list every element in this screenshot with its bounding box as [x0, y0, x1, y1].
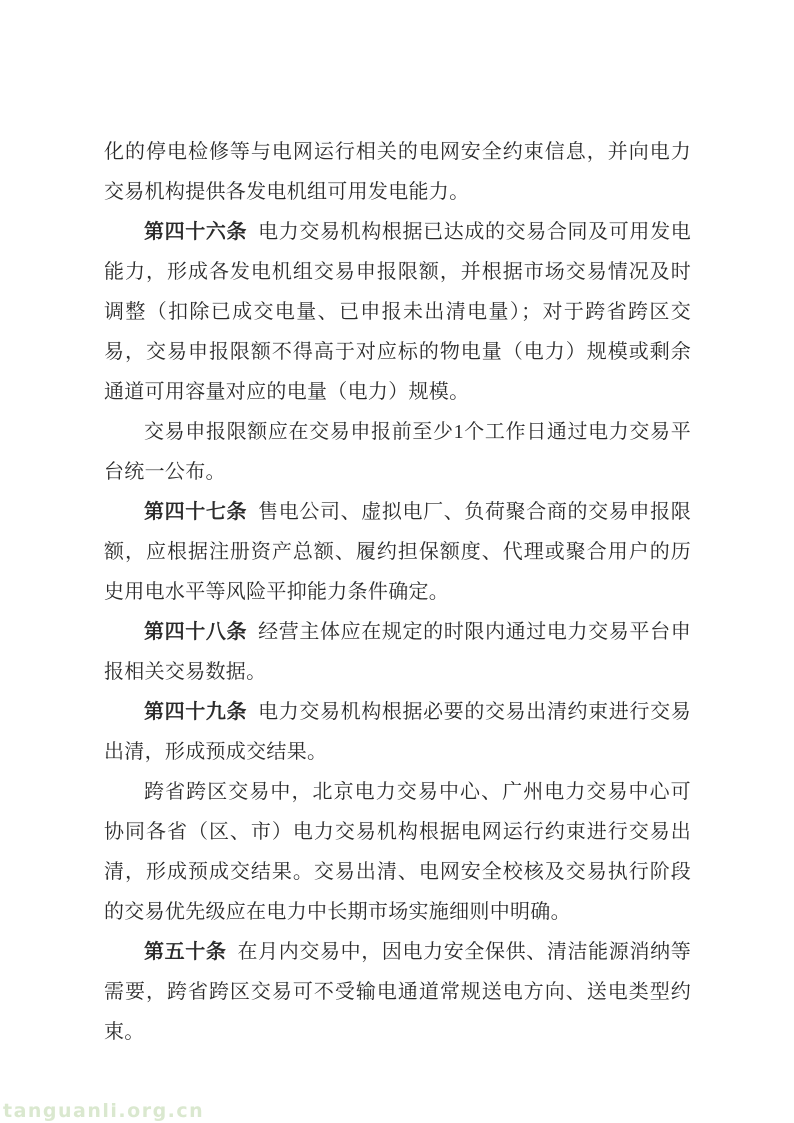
paragraph-article-47: 第四十七条售电公司、虚拟电厂、负荷聚合商的交易申报限额，应根据注册资产总额、履约… [104, 492, 691, 612]
article-number: 第四十八条 [144, 621, 247, 643]
paragraph-text: 跨省跨区交易中，北京电力交易中心、广州电力交易中心可协同各省（区、市）电力交易机… [104, 781, 691, 923]
paragraph-text: 电力交易机构根据已达成的交易合同及可用发电能力，形成各发电机组交易申报限额，并根… [104, 221, 691, 403]
paragraph-article-49: 第四十九条电力交易机构根据必要的交易出清约束进行交易出清，形成预成交结果。 [104, 692, 691, 772]
article-number: 第四十六条 [144, 221, 247, 243]
paragraph-continuation: 化的停电检修等与电网运行相关的电网安全约束信息，并向电力交易机构提供各发电机组可… [104, 132, 691, 212]
document-page: 化的停电检修等与电网运行相关的电网安全约束信息，并向电力交易机构提供各发电机组可… [0, 0, 794, 1123]
article-number: 第四十九条 [144, 701, 247, 723]
paragraph-article-48: 第四十八条经营主体应在规定的时限内通过电力交易平台申报相关交易数据。 [104, 612, 691, 692]
paragraph-article-50: 第五十条在月内交易中，因电力安全保供、清洁能源消纳等需要，跨省跨区交易可不受输电… [104, 932, 691, 1052]
paragraph: 交易申报限额应在交易申报前至少1个工作日通过电力交易平台统一公布。 [104, 412, 691, 492]
paragraph: 跨省跨区交易中，北京电力交易中心、广州电力交易中心可协同各省（区、市）电力交易机… [104, 772, 691, 932]
paragraph-article-46: 第四十六条电力交易机构根据已达成的交易合同及可用发电能力，形成各发电机组交易申报… [104, 212, 691, 412]
watermark: tanguanli.org.cn [3, 1100, 204, 1122]
article-number: 第四十七条 [144, 501, 247, 523]
document-text-block: 化的停电检修等与电网运行相关的电网安全约束信息，并向电力交易机构提供各发电机组可… [104, 132, 691, 1052]
paragraph-text: 化的停电检修等与电网运行相关的电网安全约束信息，并向电力交易机构提供各发电机组可… [104, 141, 691, 203]
article-number: 第五十条 [144, 941, 227, 963]
paragraph-text: 交易申报限额应在交易申报前至少1个工作日通过电力交易平台统一公布。 [104, 421, 691, 483]
